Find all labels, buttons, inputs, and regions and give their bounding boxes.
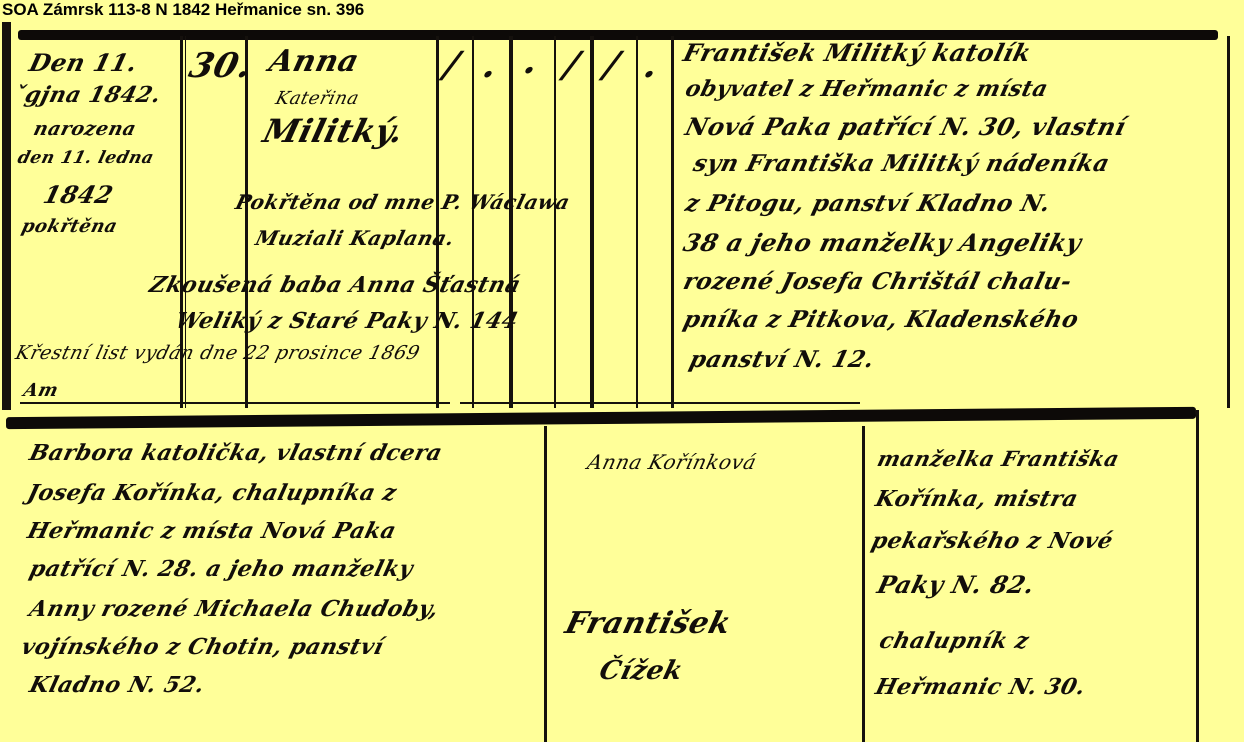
date-line: ˇgjna 1842. [11,82,164,108]
col-sep-right [1227,36,1230,408]
parents-line: pníka z Pitkova, Kladenského [681,306,1082,333]
baptism-note-line: Pokřtěna od mne P. Wáclawa [233,190,573,214]
right-line: manželka Františka [875,446,1122,471]
tally-mark: / [600,44,624,86]
signature-first-name: František [562,606,735,641]
right-line: Paky N. 82. [874,570,1037,599]
date-line: 1842 [40,180,116,209]
mother-line: Barbora katolička, vlastní dcera [27,440,445,466]
mother-line: Kladno N. 52. [27,672,208,698]
col-sep-t3 [554,36,556,408]
date-line: pokřtěna [19,216,119,237]
child-first-name: Anna [266,44,363,79]
parents-line: 38 a jeho manželky Angeliky [680,228,1084,257]
right-line: Kořínka, mistra [873,486,1081,512]
col-sep-t6 [671,36,674,408]
parents-line: Nová Paka patřící N. 30, vlastní [682,112,1129,141]
parents-line: rozené Josefa Chrištál chalu- [681,268,1075,295]
col-sep-t4 [590,36,594,408]
house-number: 30. [185,46,256,86]
tally-mark: . [479,44,503,86]
certificate-note: Křestní list vydán dne 22 prosince 1869 [13,342,422,364]
mother-line: vojínského z Chotin, panství [19,634,387,660]
col-sep-t5 [636,36,638,408]
child-second-name: Kateřina [273,88,361,109]
parents-line: panství N. 12. [687,346,878,373]
godparent-name: Anna Kořínková [585,450,759,474]
col-sep-t2 [509,36,513,408]
mother-line: Anny rozené Michaela Chudoby, [27,596,442,622]
bottom-col-sep-2 [862,426,865,742]
mother-line: patřící N. 28. a jeho manželky [27,556,416,582]
footer-word: Am [21,380,60,401]
parents-line: obyvatel z Heřmanic z místa [683,76,1051,102]
col-sep-name [436,36,439,408]
child-surname: Militký. [259,112,407,150]
tally-mark: . [640,44,664,86]
midwife-line: Weliký z Staré Paky N. 144 [173,308,521,334]
midwife-line: Zkoušená baba Anna Šťastná [147,272,524,298]
document-caption: SOA Zámrsk 113-8 N 1842 Heřmanice sn. 39… [2,0,364,20]
baptism-note-line: Muziali Kaplana. [253,226,457,250]
bottom-col-sep-1 [544,426,547,742]
date-line: narozena [31,118,138,140]
right-line: Heřmanic N. 30. [873,674,1089,700]
mother-line: Heřmanic z místa Nová Paka [25,518,399,544]
col-sep-t1 [472,36,474,408]
tally-mark: . [520,40,544,82]
right-line: chalupník z [877,628,1032,654]
top-bottom-rule-2 [460,402,860,404]
left-frame-line [2,22,11,410]
tally-mark: / [440,44,464,86]
top-bottom-rule [20,402,450,404]
tally-mark: / [560,44,584,86]
parents-line: syn Františka Militký nádeníka [691,150,1113,177]
parents-line: z Pitogu, panství Kladno N. [683,190,1054,217]
signature-surname: Čížek [596,656,686,686]
date-line: Den 11. [26,48,140,77]
parents-line: František Militký katolík [680,38,1034,67]
date-line: den 11. ledna [16,148,157,168]
top-rule [18,30,1218,40]
bottom-col-sep-right [1196,410,1199,742]
right-line: pekařského z Nové [869,528,1116,554]
mother-line: Josefa Kořínka, chalupníka z [25,480,400,506]
bottom-rule [6,407,1196,429]
